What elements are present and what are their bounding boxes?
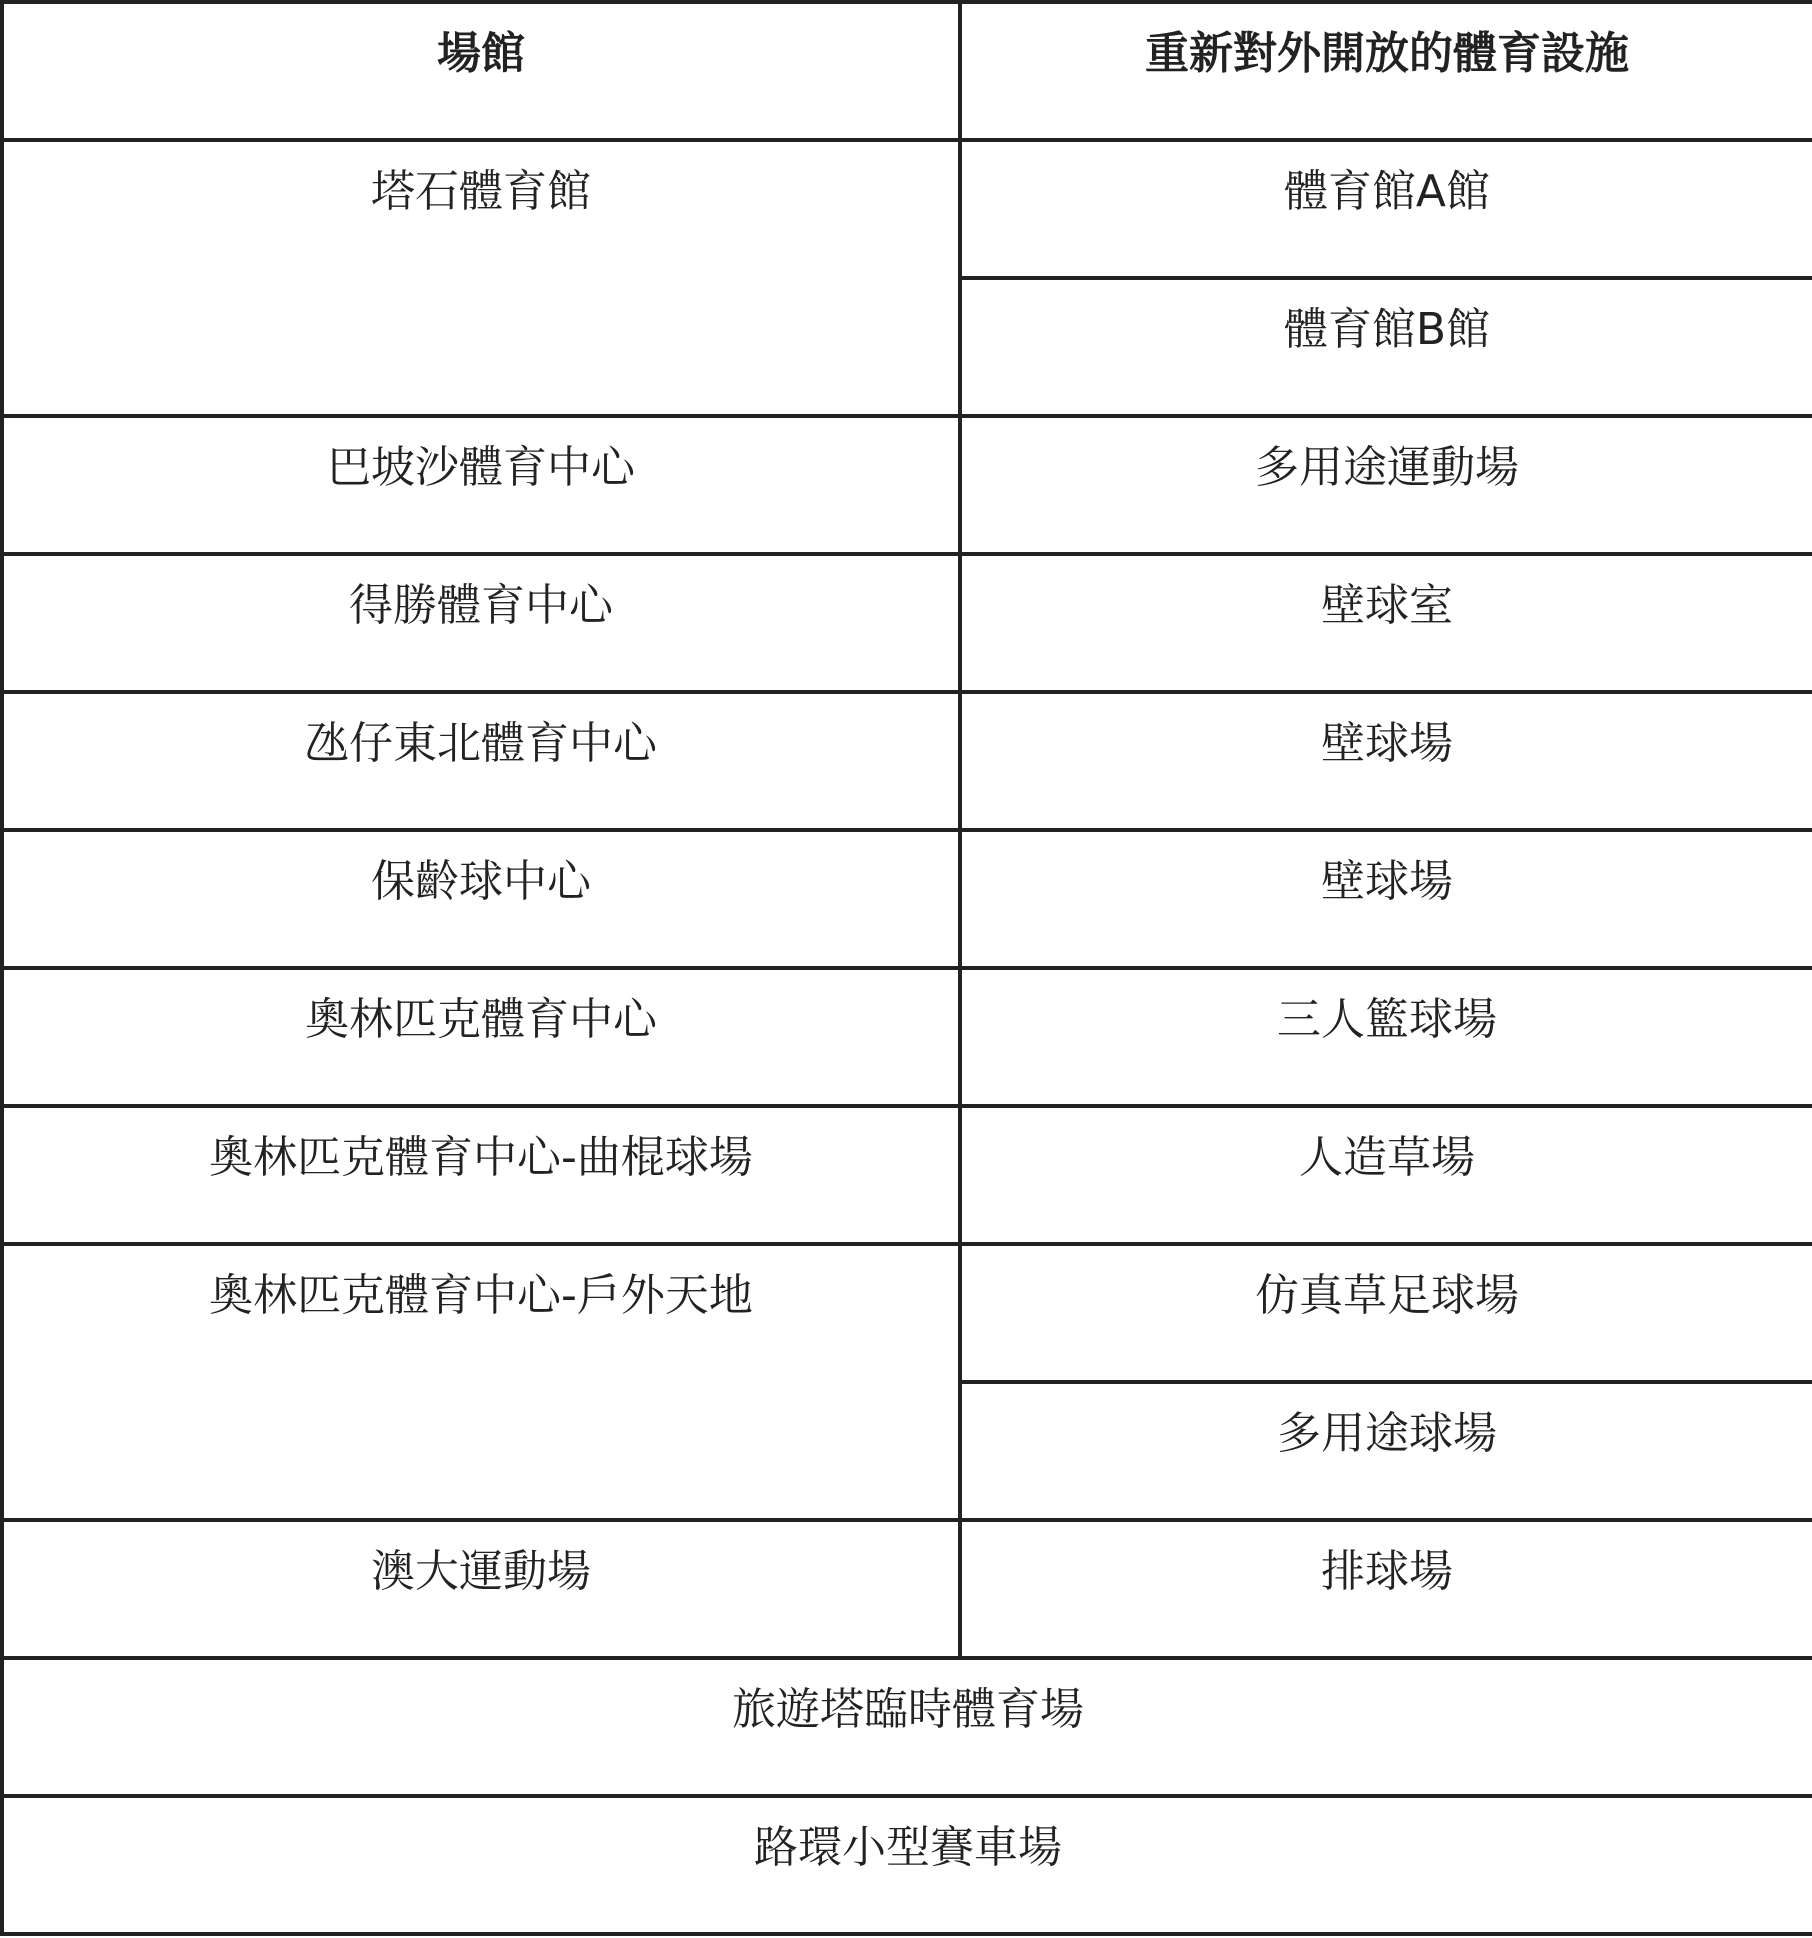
table-row: 塔石體育館 體育館A館 <box>2 140 1812 278</box>
header-facilities: 重新對外開放的體育設施 <box>960 2 1812 140</box>
venue-name: 奧林匹克體育中心 <box>4 970 958 1042</box>
facility-name: 壁球場 <box>962 694 1812 766</box>
venue-cell: 巴坡沙體育中心 <box>2 416 960 554</box>
facility-name: 仿真草足球場 <box>962 1246 1812 1318</box>
facility-cell: 壁球室 <box>960 554 1812 692</box>
facility-name: 三人籃球場 <box>962 970 1812 1042</box>
table-row: 奧林匹克體育中心-戶外天地 仿真草足球場 <box>2 1244 1812 1382</box>
venue-name: 奧林匹克體育中心-戶外天地 <box>4 1246 958 1318</box>
full-width-venue-cell: 路環小型賽車場 <box>2 1796 1812 1934</box>
venue-cell: 奧林匹克體育中心-曲棍球場 <box>2 1106 960 1244</box>
facility-cell: 多用途球場 <box>960 1382 1812 1520</box>
facility-name: 壁球場 <box>962 832 1812 904</box>
venue-name: 奧林匹克體育中心-曲棍球場 <box>4 1108 958 1180</box>
facility-cell: 人造草場 <box>960 1106 1812 1244</box>
venue-cell: 塔石體育館 <box>2 140 960 416</box>
header-row: 場館 重新對外開放的體育設施 <box>2 2 1812 140</box>
facility-cell: 壁球場 <box>960 830 1812 968</box>
facility-name: 排球場 <box>962 1522 1812 1594</box>
venue-name: 旅遊塔臨時體育場 <box>4 1660 1812 1732</box>
table-row: 奧林匹克體育中心 三人籃球場 <box>2 968 1812 1106</box>
venue-cell: 澳大運動場 <box>2 1520 960 1658</box>
table-row: 奧林匹克體育中心-曲棍球場 人造草場 <box>2 1106 1812 1244</box>
facility-cell: 壁球場 <box>960 692 1812 830</box>
facility-cell: 三人籃球場 <box>960 968 1812 1106</box>
facility-cell: 仿真草足球場 <box>960 1244 1812 1382</box>
facility-name: 壁球室 <box>962 556 1812 628</box>
table-row: 得勝體育中心 壁球室 <box>2 554 1812 692</box>
venue-name: 巴坡沙體育中心 <box>4 418 958 490</box>
table-row: 巴坡沙體育中心 多用途運動場 <box>2 416 1812 554</box>
venue-cell: 得勝體育中心 <box>2 554 960 692</box>
facility-cell: 排球場 <box>960 1520 1812 1658</box>
venue-cell: 奧林匹克體育中心 <box>2 968 960 1106</box>
table-row: 澳大運動場 排球場 <box>2 1520 1812 1658</box>
facility-name: 多用途運動場 <box>962 418 1812 490</box>
facility-cell: 多用途運動場 <box>960 416 1812 554</box>
venue-name: 塔石體育館 <box>4 142 958 214</box>
table-row-full-width: 旅遊塔臨時體育場 <box>2 1658 1812 1796</box>
facility-cell: 體育館B館 <box>960 278 1812 416</box>
venue-cell: 奧林匹克體育中心-戶外天地 <box>2 1244 960 1520</box>
facility-cell: 體育館A館 <box>960 140 1812 278</box>
venue-cell: 保齡球中心 <box>2 830 960 968</box>
table-row: 保齡球中心 壁球場 <box>2 830 1812 968</box>
facility-name: 人造草場 <box>962 1108 1812 1180</box>
table-row: 氹仔東北體育中心 壁球場 <box>2 692 1812 830</box>
full-width-venue-cell: 旅遊塔臨時體育場 <box>2 1658 1812 1796</box>
venue-name: 保齡球中心 <box>4 832 958 904</box>
facility-name: 多用途球場 <box>962 1384 1812 1456</box>
header-venue-label: 場館 <box>4 4 958 76</box>
facility-name: 體育館A館 <box>962 142 1812 214</box>
table-row-full-width: 路環小型賽車場 <box>2 1796 1812 1934</box>
facility-name: 體育館B館 <box>962 280 1812 352</box>
venue-name: 路環小型賽車場 <box>4 1798 1812 1870</box>
header-facilities-label: 重新對外開放的體育設施 <box>962 4 1812 76</box>
header-venue: 場館 <box>2 2 960 140</box>
venue-name: 澳大運動場 <box>4 1522 958 1594</box>
venue-facilities-table: 場館 重新對外開放的體育設施 塔石體育館 體育館A館 體育館B館 巴坡沙體育中心… <box>0 0 1812 1936</box>
venue-cell: 氹仔東北體育中心 <box>2 692 960 830</box>
venue-facilities-table-container: 場館 重新對外開放的體育設施 塔石體育館 體育館A館 體育館B館 巴坡沙體育中心… <box>0 0 1812 1938</box>
venue-name: 得勝體育中心 <box>4 556 958 628</box>
venue-name: 氹仔東北體育中心 <box>4 694 958 766</box>
